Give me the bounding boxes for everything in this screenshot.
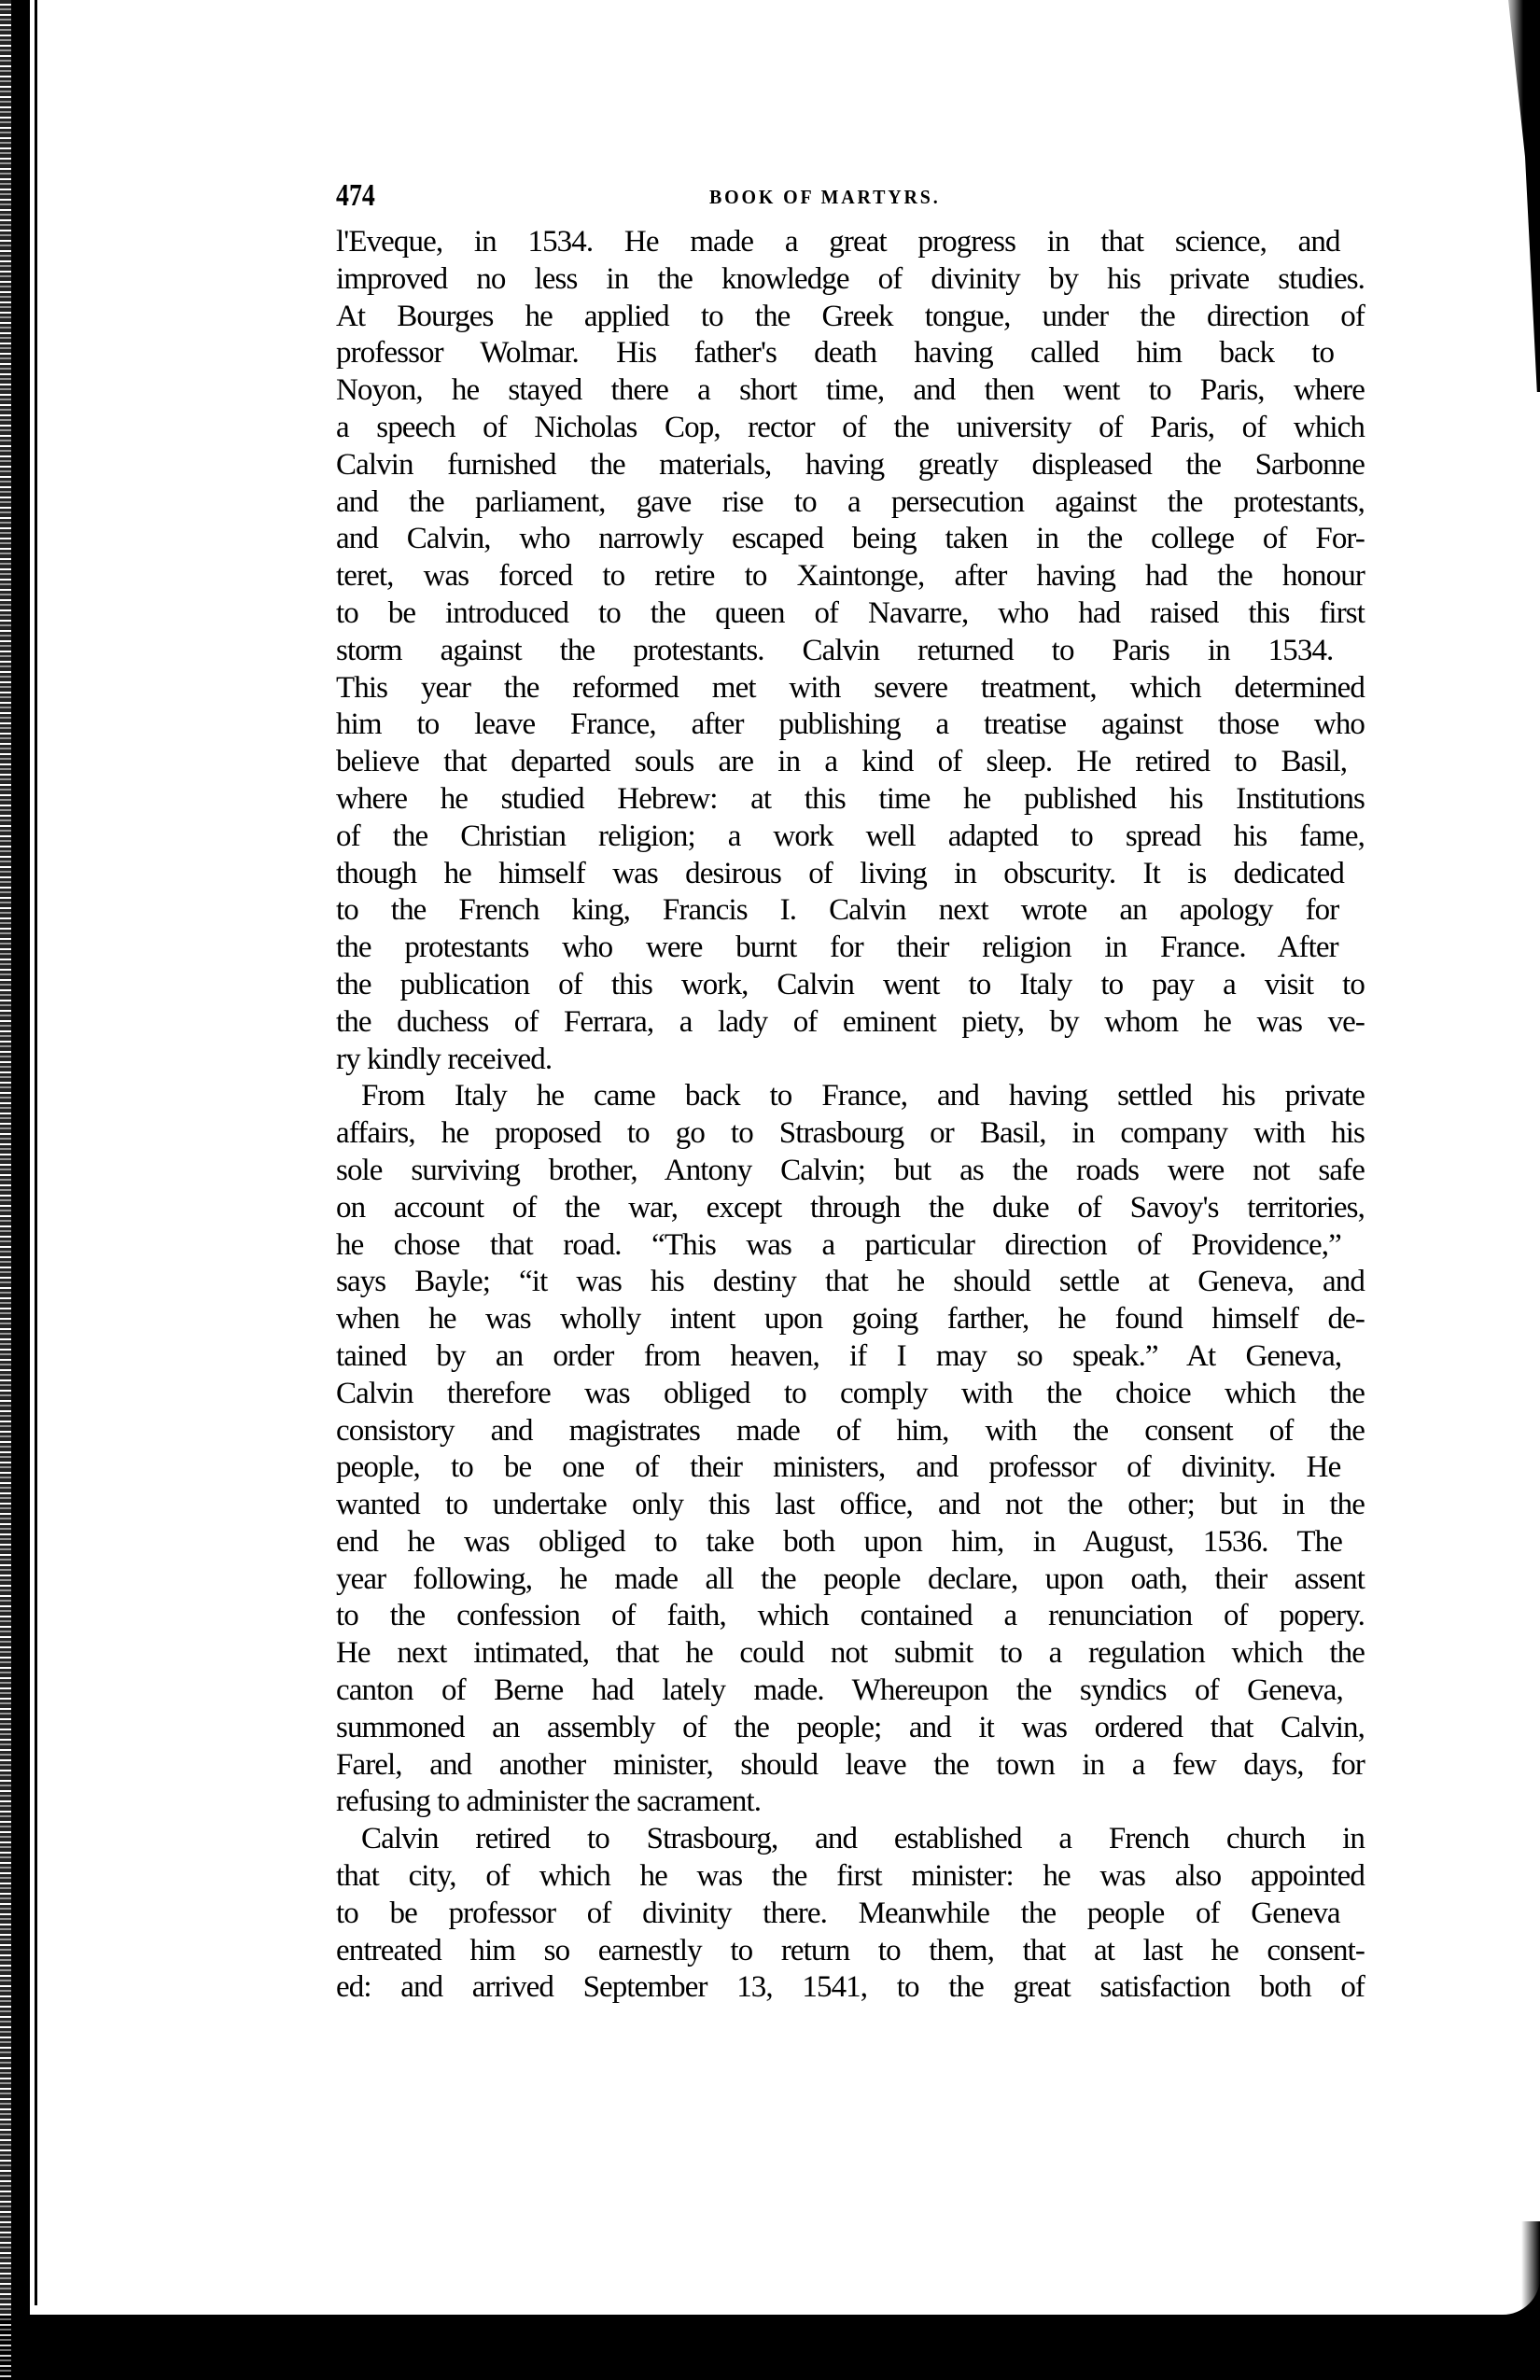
text-line: l'Eveque, in 1534. He made a great progr… (336, 224, 1365, 261)
text-line: Calvin therefore was obliged to comply w… (336, 1376, 1365, 1413)
text-line: he chose that road. “This was a particul… (336, 1227, 1365, 1265)
text-line: to the French king, Francis I. Calvin ne… (336, 892, 1365, 930)
text-line: Calvin furnished the materials, having g… (336, 447, 1365, 484)
text-line: the publication of this work, Calvin wen… (336, 967, 1365, 1004)
text-line: sole surviving brother, Antony Calvin; b… (336, 1153, 1365, 1190)
text-line: where he studied Hebrew: at this time he… (336, 781, 1365, 819)
paragraph-first-line: Calvin retired to Strasbourg, and establ… (336, 1821, 1365, 1858)
paragraph-last-line: ry kindly received. (336, 1042, 1365, 1079)
scan-corner-shadow-bottom-right (1521, 2221, 1540, 2315)
text-line: of the Christian religion; a work well a… (336, 819, 1365, 856)
text-line: to be introduced to the queen of Navarre… (336, 595, 1365, 633)
text-line: him to leave France, after publishing a … (336, 707, 1365, 744)
text-line: improved no less in the knowledge of div… (336, 261, 1365, 299)
text-line: affairs, he proposed to go to Strasbourg… (336, 1115, 1365, 1153)
text-line: people, to be one of their ministers, an… (336, 1449, 1365, 1487)
text-line: At Bourges he applied to the Greek tongu… (336, 299, 1365, 336)
text-line: says Bayle; “it was his destiny that he … (336, 1264, 1365, 1301)
text-line: to the confession of faith, which contai… (336, 1598, 1365, 1635)
text-line: that city, of which he was the first min… (336, 1858, 1365, 1896)
text-line: the duchess of Ferrara, a lady of eminen… (336, 1004, 1365, 1042)
text-line: end he was obliged to take both upon him… (336, 1524, 1365, 1561)
text-line: Noyon, he stayed there a short time, and… (336, 372, 1365, 410)
body-text: l'Eveque, in 1534. He made a great progr… (336, 224, 1365, 2007)
text-line: the protestants who were burnt for their… (336, 930, 1365, 967)
text-line: and Calvin, who narrowly escaped being t… (336, 521, 1365, 558)
paragraph-last-line: refusing to administer the sacrament. (336, 1784, 1365, 1821)
text-line: entreated him so earnestly to return to … (336, 1933, 1365, 1970)
text-line: when he was wholly intent upon going far… (336, 1301, 1365, 1338)
running-head: 474 BOOK OF MARTYRS. (336, 177, 1365, 215)
running-title: BOOK OF MARTYRS. (709, 183, 941, 211)
paragraph-first-line: From Italy he came back to France, and h… (336, 1078, 1365, 1115)
page-number: 474 (336, 177, 375, 215)
text-line: summoned an assembly of the people; and … (336, 1710, 1365, 1747)
text-line: though he himself was desirous of living… (336, 856, 1365, 893)
text-line: consistory and magistrates made of him, … (336, 1413, 1365, 1450)
text-line: tained by an order from heaven, if I may… (336, 1338, 1365, 1376)
text-line: and the parliament, gave rise to a perse… (336, 484, 1365, 522)
text-line: year following, he made all the people d… (336, 1561, 1365, 1599)
text-line: a speech of Nicholas Cop, rector of the … (336, 410, 1365, 447)
text-line: believe that departed souls are in a kin… (336, 744, 1365, 781)
text-line: Farel, and another minister, should leav… (336, 1747, 1365, 1785)
scan-binding-shadow (11, 0, 30, 2315)
text-line: storm against the protestants. Calvin re… (336, 633, 1365, 670)
text-line: canton of Berne had lately made. Whereup… (336, 1673, 1365, 1710)
text-line: teret, was forced to retire to Xaintonge… (336, 558, 1365, 595)
text-line: He next intimated, that he could not sub… (336, 1635, 1365, 1673)
text-line: professor Wolmar. His father's death hav… (336, 335, 1365, 372)
text-line: ed: and arrived September 13, 1541, to t… (336, 1969, 1365, 2007)
scan-binding-edge (0, 0, 11, 2380)
text-line: to be professor of divinity there. Meanw… (336, 1896, 1365, 1933)
text-line: on account of the war, except through th… (336, 1190, 1365, 1227)
text-line: This year the reformed met with severe t… (336, 670, 1365, 707)
text-line: wanted to undertake only this last offic… (336, 1487, 1365, 1524)
page-edge-line (35, 0, 37, 2305)
